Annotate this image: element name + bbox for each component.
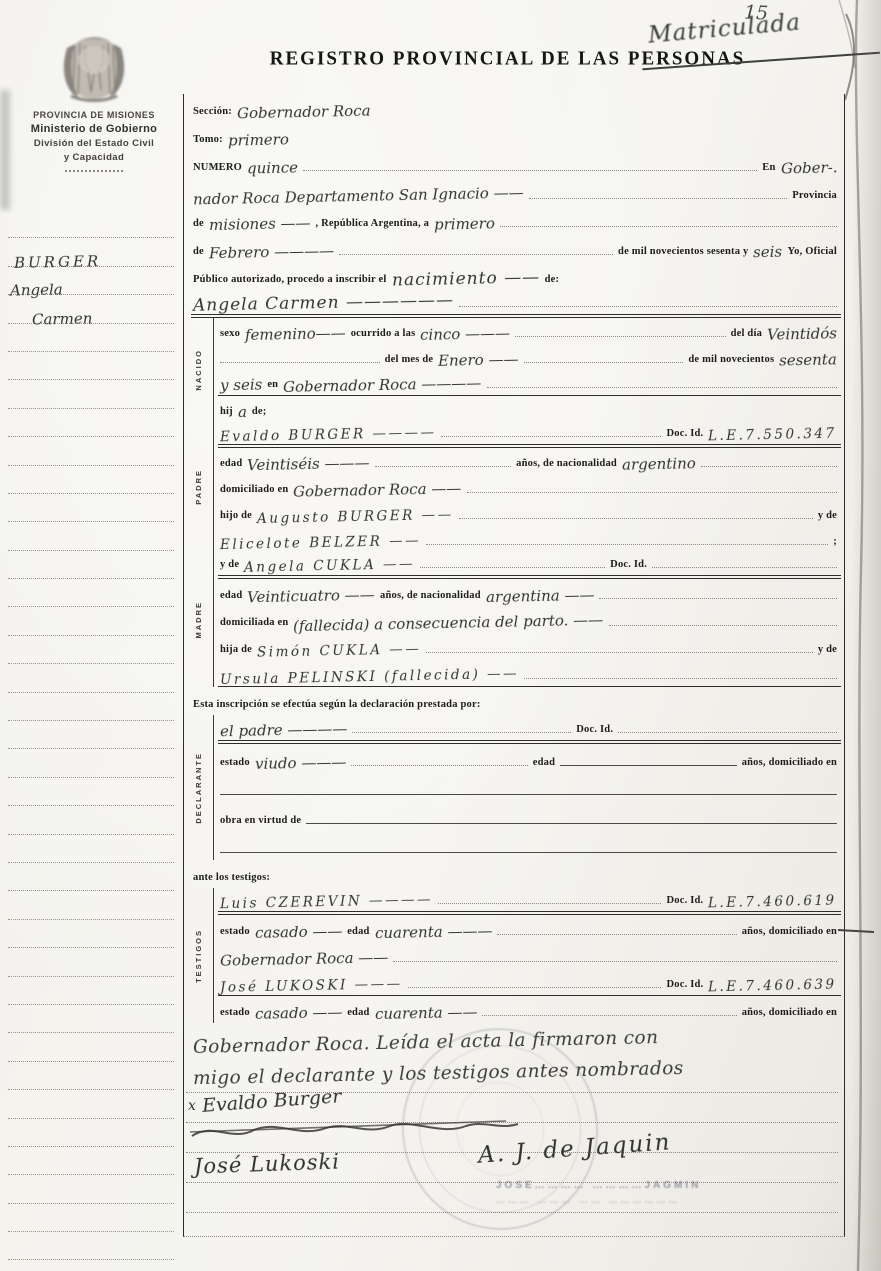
form-line: demisiones ——, República Argentina, apri… [191, 206, 841, 234]
handwritten-entry: Simón CUKLA —— [257, 643, 422, 660]
dotted-leader [420, 566, 605, 568]
dotted-leader [352, 731, 571, 733]
row-group: Luis CZEREVIN ————Doc. Id.L.E.7.460.619e… [218, 888, 841, 1023]
ministry-stamp: PROVINCIA DE MISIONES Ministerio de Gobi… [14, 34, 174, 172]
printed-text: Tomo: [193, 133, 223, 146]
section-label-text: MADRE [194, 601, 203, 639]
handwritten-entry: Elicelote BELZER —— [220, 534, 421, 552]
margin-line [8, 806, 174, 834]
section-label-text: TESTIGOS [194, 929, 203, 983]
form-rows: Sección:Gobernador RocaTomo:primeroNUMER… [184, 94, 844, 318]
printed-text: y de [220, 558, 239, 571]
form-line: deFebrero ————de mil novecientos sesenta… [191, 234, 841, 262]
form-line: Esta inscripción se efectúa según la dec… [191, 687, 841, 715]
margin-line [8, 409, 174, 437]
printed-text: años, de nacionalidad [380, 589, 481, 602]
dotted-leader [426, 651, 813, 653]
printed-text: de mil novecientos sesenta y [618, 245, 748, 258]
margin-line [8, 466, 174, 494]
form-line: hijade; [218, 396, 841, 422]
margin-line [8, 920, 174, 948]
printed-text: ante los testigos: [193, 871, 270, 884]
printed-text: NUMERO [193, 161, 242, 174]
form-line: del mes deEnero ——de mil novecientossese… [218, 344, 841, 370]
handwritten-entry: Enero —— [438, 352, 519, 369]
margin-line [8, 324, 174, 352]
margin-line: Angela [8, 267, 174, 295]
dotted-leader [438, 902, 662, 904]
dotted-leader [375, 465, 511, 467]
margin-line [8, 1147, 174, 1175]
stamp-flourish [65, 170, 123, 172]
printed-text: edad [533, 756, 555, 769]
form-line: estadoviudo ———edadaños, domiciliado en [218, 744, 841, 773]
row-group: Evaldo BURGER ————Doc. Id.L.E.7.550.347e… [218, 422, 841, 552]
dotted-leader [497, 933, 737, 935]
margin-line [8, 1119, 174, 1147]
form-line: hija deSimón CUKLA ——y de [218, 633, 841, 660]
handwritten-entry: femenino—— [245, 326, 346, 343]
margin-name-lines: BURGERAngelaCarmen [8, 210, 174, 1260]
printed-text: de [193, 245, 204, 258]
handwritten-entry: nacimiento —— [391, 269, 539, 289]
printed-text: Doc. Id. [576, 723, 613, 736]
margin-line [8, 664, 174, 692]
ruled-line [220, 851, 837, 853]
form-line: Angela Carmen —————— [191, 290, 841, 318]
handwritten-entry: y seis [220, 378, 263, 394]
printed-text: hijo de [220, 509, 252, 522]
printed-text: Sección: [193, 105, 232, 118]
handwritten-entry: Angela CUKLA —— [244, 558, 415, 575]
handwritten-entry: cinco ——— [420, 326, 510, 343]
form-line: NUMEROquinceEnGober-. [191, 150, 841, 178]
ruled-line [560, 764, 737, 766]
section-padre: PADREEvaldo BURGER ————Doc. Id.L.E.7.550… [184, 422, 844, 552]
dotted-leader [482, 1014, 737, 1016]
section-testigos: TESTIGOSLuis CZEREVIN ————Doc. Id.L.E.7.… [184, 888, 844, 1023]
section-label-text: NACIDO [194, 349, 203, 391]
handwritten-entry: Augusto BURGER —— [257, 508, 454, 526]
margin-line [8, 948, 174, 976]
margin-line [8, 1005, 174, 1033]
printed-text: Doc. Id. [666, 894, 703, 907]
form-line: Luis CZEREVIN ————Doc. Id.L.E.7.460.619 [218, 888, 841, 915]
margin-line [8, 835, 174, 863]
form-line: Tomo:primero [191, 122, 841, 150]
printed-text: y de [818, 509, 837, 522]
row-group: el padre ————Doc. Id.estadoviudo ———edad… [218, 715, 841, 860]
form-line: Público autorizado, procedo a inscribir … [191, 262, 841, 290]
dotted-leader [408, 986, 662, 988]
dotted-leader [393, 960, 837, 962]
dotted-leader [351, 764, 528, 766]
form-line: Elicelote BELZER ——; [218, 526, 841, 552]
handwritten-entry: nador Roca Departamento San Ignacio —— [193, 186, 524, 208]
printed-text: Doc. Id. [610, 558, 647, 571]
spacer [486, 711, 837, 712]
handwritten-entry: Gobernador Roca [237, 104, 371, 122]
dotted-leader [459, 305, 837, 307]
ruled-line [220, 793, 837, 795]
form-line: José LUKOSKI ———Doc. Id.L.E.7.460.639 [218, 969, 841, 996]
handwritten-entry: sesenta [779, 352, 837, 368]
handwritten-entry: Angela Carmen —————— [193, 292, 454, 314]
dotted-leader [459, 517, 813, 519]
section-label-text: DECLARANTE [194, 752, 203, 824]
printed-text: de mil novecientos [688, 353, 774, 366]
dotted-leader [426, 543, 828, 545]
margin-line [8, 749, 174, 777]
dotted-leader [652, 566, 837, 568]
page-title: REGISTRO PROVINCIAL DE LAS PERSONAS [235, 47, 780, 70]
margin-line [8, 1090, 174, 1118]
declarant-x-mark: x [188, 1098, 196, 1114]
ministry-name: Ministerio de Gobierno [14, 123, 174, 135]
handwritten-entry: L.E.7.460.639 [708, 978, 837, 994]
printed-text: obra en virtud de [220, 814, 301, 827]
printed-text: Yo, Oficial [788, 245, 837, 258]
dotted-leader [524, 361, 684, 363]
printed-text: años, domiciliado en [742, 925, 837, 938]
form-line: el padre ————Doc. Id. [218, 715, 841, 744]
margin-line [8, 1232, 174, 1260]
printed-text: Doc. Id. [666, 427, 703, 440]
row-group: ante los testigos: [191, 860, 841, 888]
dotted-leader [701, 465, 837, 467]
form-rows: Esta inscripción se efectúa según la dec… [184, 687, 844, 715]
spacer [275, 884, 837, 885]
handwritten-entry: Gobernador Roca —— [220, 950, 389, 969]
handwritten-entry: quince [247, 160, 298, 176]
handwritten-entry: L.E.7.550.347 [708, 427, 837, 443]
form-line: sexofemenino——ocurrido a lascinco ———del… [218, 318, 841, 344]
handwritten-entry: L.E.7.460.619 [708, 894, 837, 910]
margin-line: BURGER [8, 238, 174, 266]
form-line: Sección:Gobernador Roca [191, 94, 841, 122]
handwritten-entry: cuarenta ——— [374, 924, 492, 941]
handwritten-entry: argentina —— [486, 588, 595, 605]
handwritten-entry: Febrero ———— [209, 244, 334, 262]
margin-line [8, 693, 174, 721]
printed-text: Esta inscripción se efectúa según la dec… [193, 698, 481, 711]
printed-text: años, de nacionalidad [516, 457, 617, 470]
printed-text: , República Argentina, a [315, 217, 429, 230]
declarant-signature: Evaldo Burger [201, 1085, 342, 1117]
form-line [218, 773, 841, 802]
form-line: y deAngela CUKLA ——Doc. Id. [218, 552, 841, 579]
margin-line [8, 636, 174, 664]
row-group: sexofemenino——ocurrido a lascinco ———del… [218, 318, 841, 422]
form-line: hijo deAugusto BURGER ——y de [218, 500, 841, 526]
section-nacido: NACIDOsexofemenino——ocurrido a lascinco … [184, 318, 844, 422]
printed-text: de: [545, 273, 560, 286]
spacer [271, 418, 837, 419]
margin-line [8, 1175, 174, 1203]
dotted-leader [467, 491, 837, 493]
printed-text: Público autorizado, procedo a inscribir … [193, 273, 387, 286]
handwritten-entry: Ursula PELINSKI (fallecida) —— [220, 667, 519, 687]
dotted-leader [339, 253, 613, 255]
printed-text: años, domiciliado en [742, 756, 837, 769]
form-line: estadocasado ——edadcuarenta ———años, dom… [218, 915, 841, 942]
handwritten-entry: Gobernador Roca ———— [283, 376, 482, 395]
margin-line [8, 352, 174, 380]
dotted-leader [500, 225, 837, 227]
dotted-leader [524, 677, 837, 679]
handwritten-entry: Gobernador Roca. Leída el acta la firmar… [193, 1029, 659, 1057]
printed-text: domiciliada en [220, 616, 288, 629]
section-madre: MADREy deAngela CUKLA ——Doc. Id.edadVein… [184, 552, 844, 687]
spacer [564, 286, 837, 287]
handwritten-entry: casado —— [255, 924, 343, 941]
form-line: Ursula PELINSKI (fallecida) —— [218, 660, 841, 687]
printed-text: ; [833, 535, 837, 548]
handwritten-entry: Gobernador Roca —— [293, 481, 462, 500]
spacer [375, 118, 837, 119]
scanned-birth-certificate: REGISTRO PROVINCIAL DE LAS PERSONAS 15 M… [0, 0, 881, 1271]
margin-line [8, 551, 174, 579]
section-label-nacido: NACIDO [184, 318, 214, 422]
form-line: domiciliado enGobernador Roca —— [218, 474, 841, 500]
printed-text: estado [220, 756, 250, 769]
section-declarante: DECLARANTEel padre ————Doc. Id.estadoviu… [184, 715, 844, 860]
handwritten-entry: primero [434, 216, 495, 232]
printed-text: edad [347, 925, 369, 938]
row-group: Esta inscripción se efectúa según la dec… [191, 687, 841, 715]
form-line: y seisenGobernador Roca ———— [218, 370, 841, 396]
section-label-padre: PADRE [184, 422, 214, 552]
dotted-leader [609, 624, 837, 626]
printed-text: edad [220, 457, 242, 470]
handwritten-entry: seis [753, 245, 782, 261]
dotted-leader [487, 386, 838, 388]
dotted-leader [515, 335, 725, 337]
printed-text: domiciliado en [220, 483, 288, 496]
handwritten-entry: José LUKOSKI ——— [220, 978, 403, 995]
printed-text: de [193, 217, 204, 230]
row-group: y deAngela CUKLA ——Doc. Id.edadVeinticua… [218, 552, 841, 687]
margin-line [8, 1204, 174, 1232]
dotted-leader [618, 731, 837, 733]
margin-line [8, 210, 174, 238]
coat-of-arms-icon [55, 34, 133, 104]
dotted-leader [599, 597, 837, 599]
printed-text: del día [731, 327, 762, 340]
handwritten-entry: cuarenta —— [374, 1005, 477, 1022]
handwritten-entry: Veintidós [767, 326, 837, 342]
margin-annotation: Matriculada [647, 9, 802, 48]
margin-line [8, 891, 174, 919]
handwritten-entry: casado —— [255, 1005, 343, 1022]
margin-line [8, 1033, 174, 1061]
printed-text: Provincia [792, 189, 837, 202]
printed-text: En [762, 161, 775, 174]
margin-line [8, 607, 174, 635]
section-label-declarante: DECLARANTE [184, 715, 214, 860]
form-rows: ante los testigos: [184, 860, 844, 888]
form-line: domiciliada en(fallecida) a consecuencia… [218, 606, 841, 633]
ruled-line [306, 822, 837, 824]
margin-line [8, 778, 174, 806]
printed-text: edad [220, 589, 242, 602]
printed-text: edad [347, 1006, 369, 1019]
margin-line [8, 437, 174, 465]
handwritten-entry: argentino [622, 456, 696, 473]
form-line: nador Roca Departamento San Ignacio ——Pr… [191, 178, 841, 206]
handwritten-entry: el padre ———— [220, 722, 348, 740]
form-line: estadocasado ——edadcuarenta ——años, domi… [218, 996, 841, 1023]
province-name: PROVINCIA DE MISIONES [14, 110, 174, 120]
spacer [294, 146, 837, 147]
margin-line [8, 977, 174, 1005]
form-line: edadVeintiséis ———años, de nacionalidada… [218, 448, 841, 474]
margin-line [8, 1062, 174, 1090]
dotted-leader [529, 197, 788, 199]
form-line: Gobernador Roca —— [218, 942, 841, 969]
form-line: obra en virtud de [218, 802, 841, 831]
division-name-2: y Capacidad [14, 152, 174, 163]
witness-signature: José Lukoski [194, 1149, 341, 1178]
handwritten-entry: Evaldo BURGER ———— [220, 426, 437, 444]
printed-text: estado [220, 1006, 250, 1019]
printed-text: del mes de [385, 353, 434, 366]
printed-text: en [267, 378, 278, 391]
form-line: ante los testigos: [191, 860, 841, 888]
margin-line [8, 579, 174, 607]
printed-text: hija de [220, 643, 252, 656]
handwritten-entry: Veinticuatro —— [247, 588, 375, 606]
handwritten-entry: primero [228, 132, 289, 148]
printed-text: años, domiciliado en [742, 1006, 837, 1019]
row-group: Sección:Gobernador RocaTomo:primeroNUMER… [191, 94, 841, 318]
margin-line [8, 494, 174, 522]
margin-line [8, 522, 174, 550]
handwritten-entry: viudo ——— [255, 755, 347, 772]
section-label-madre: MADRE [184, 552, 214, 687]
section-label-testigos: TESTIGOS [184, 888, 214, 1023]
dotted-leader [441, 435, 661, 437]
page-edge-shadow [851, 0, 881, 1271]
printed-text: de; [252, 405, 267, 418]
form-line: Evaldo BURGER ————Doc. Id.L.E.7.550.347 [218, 422, 841, 448]
printed-text: hij [220, 405, 233, 418]
printed-text: ocurrido a las [351, 327, 416, 340]
margin-line [8, 721, 174, 749]
printed-text: Doc. Id. [666, 978, 703, 991]
handwritten-entry: Veintiséis ——— [247, 456, 370, 474]
handwritten-entry: a [238, 405, 247, 420]
margin-line: Carmen [8, 295, 174, 323]
section-label-text: PADRE [194, 469, 203, 505]
margin-line [8, 863, 174, 891]
handwritten-entry: (fallecida) a consecuencia del parto. —— [293, 613, 603, 634]
handwritten-entry: misiones —— [209, 216, 311, 233]
handwritten-entry: Gober-. [780, 160, 837, 176]
dotted-leader [220, 361, 380, 363]
margin-line [8, 380, 174, 408]
form-line: edadVeinticuatro ——años, de nacionalidad… [218, 579, 841, 606]
dotted-leader [303, 169, 757, 171]
division-name: División del Estado Civil [14, 138, 174, 149]
printed-text: y de [818, 643, 837, 656]
handwritten-entry: Luis CZEREVIN ———— [220, 893, 433, 911]
printed-text: sexo [220, 327, 240, 340]
printed-text: estado [220, 925, 250, 938]
binding-smudge [0, 90, 10, 210]
form-line [218, 831, 841, 860]
